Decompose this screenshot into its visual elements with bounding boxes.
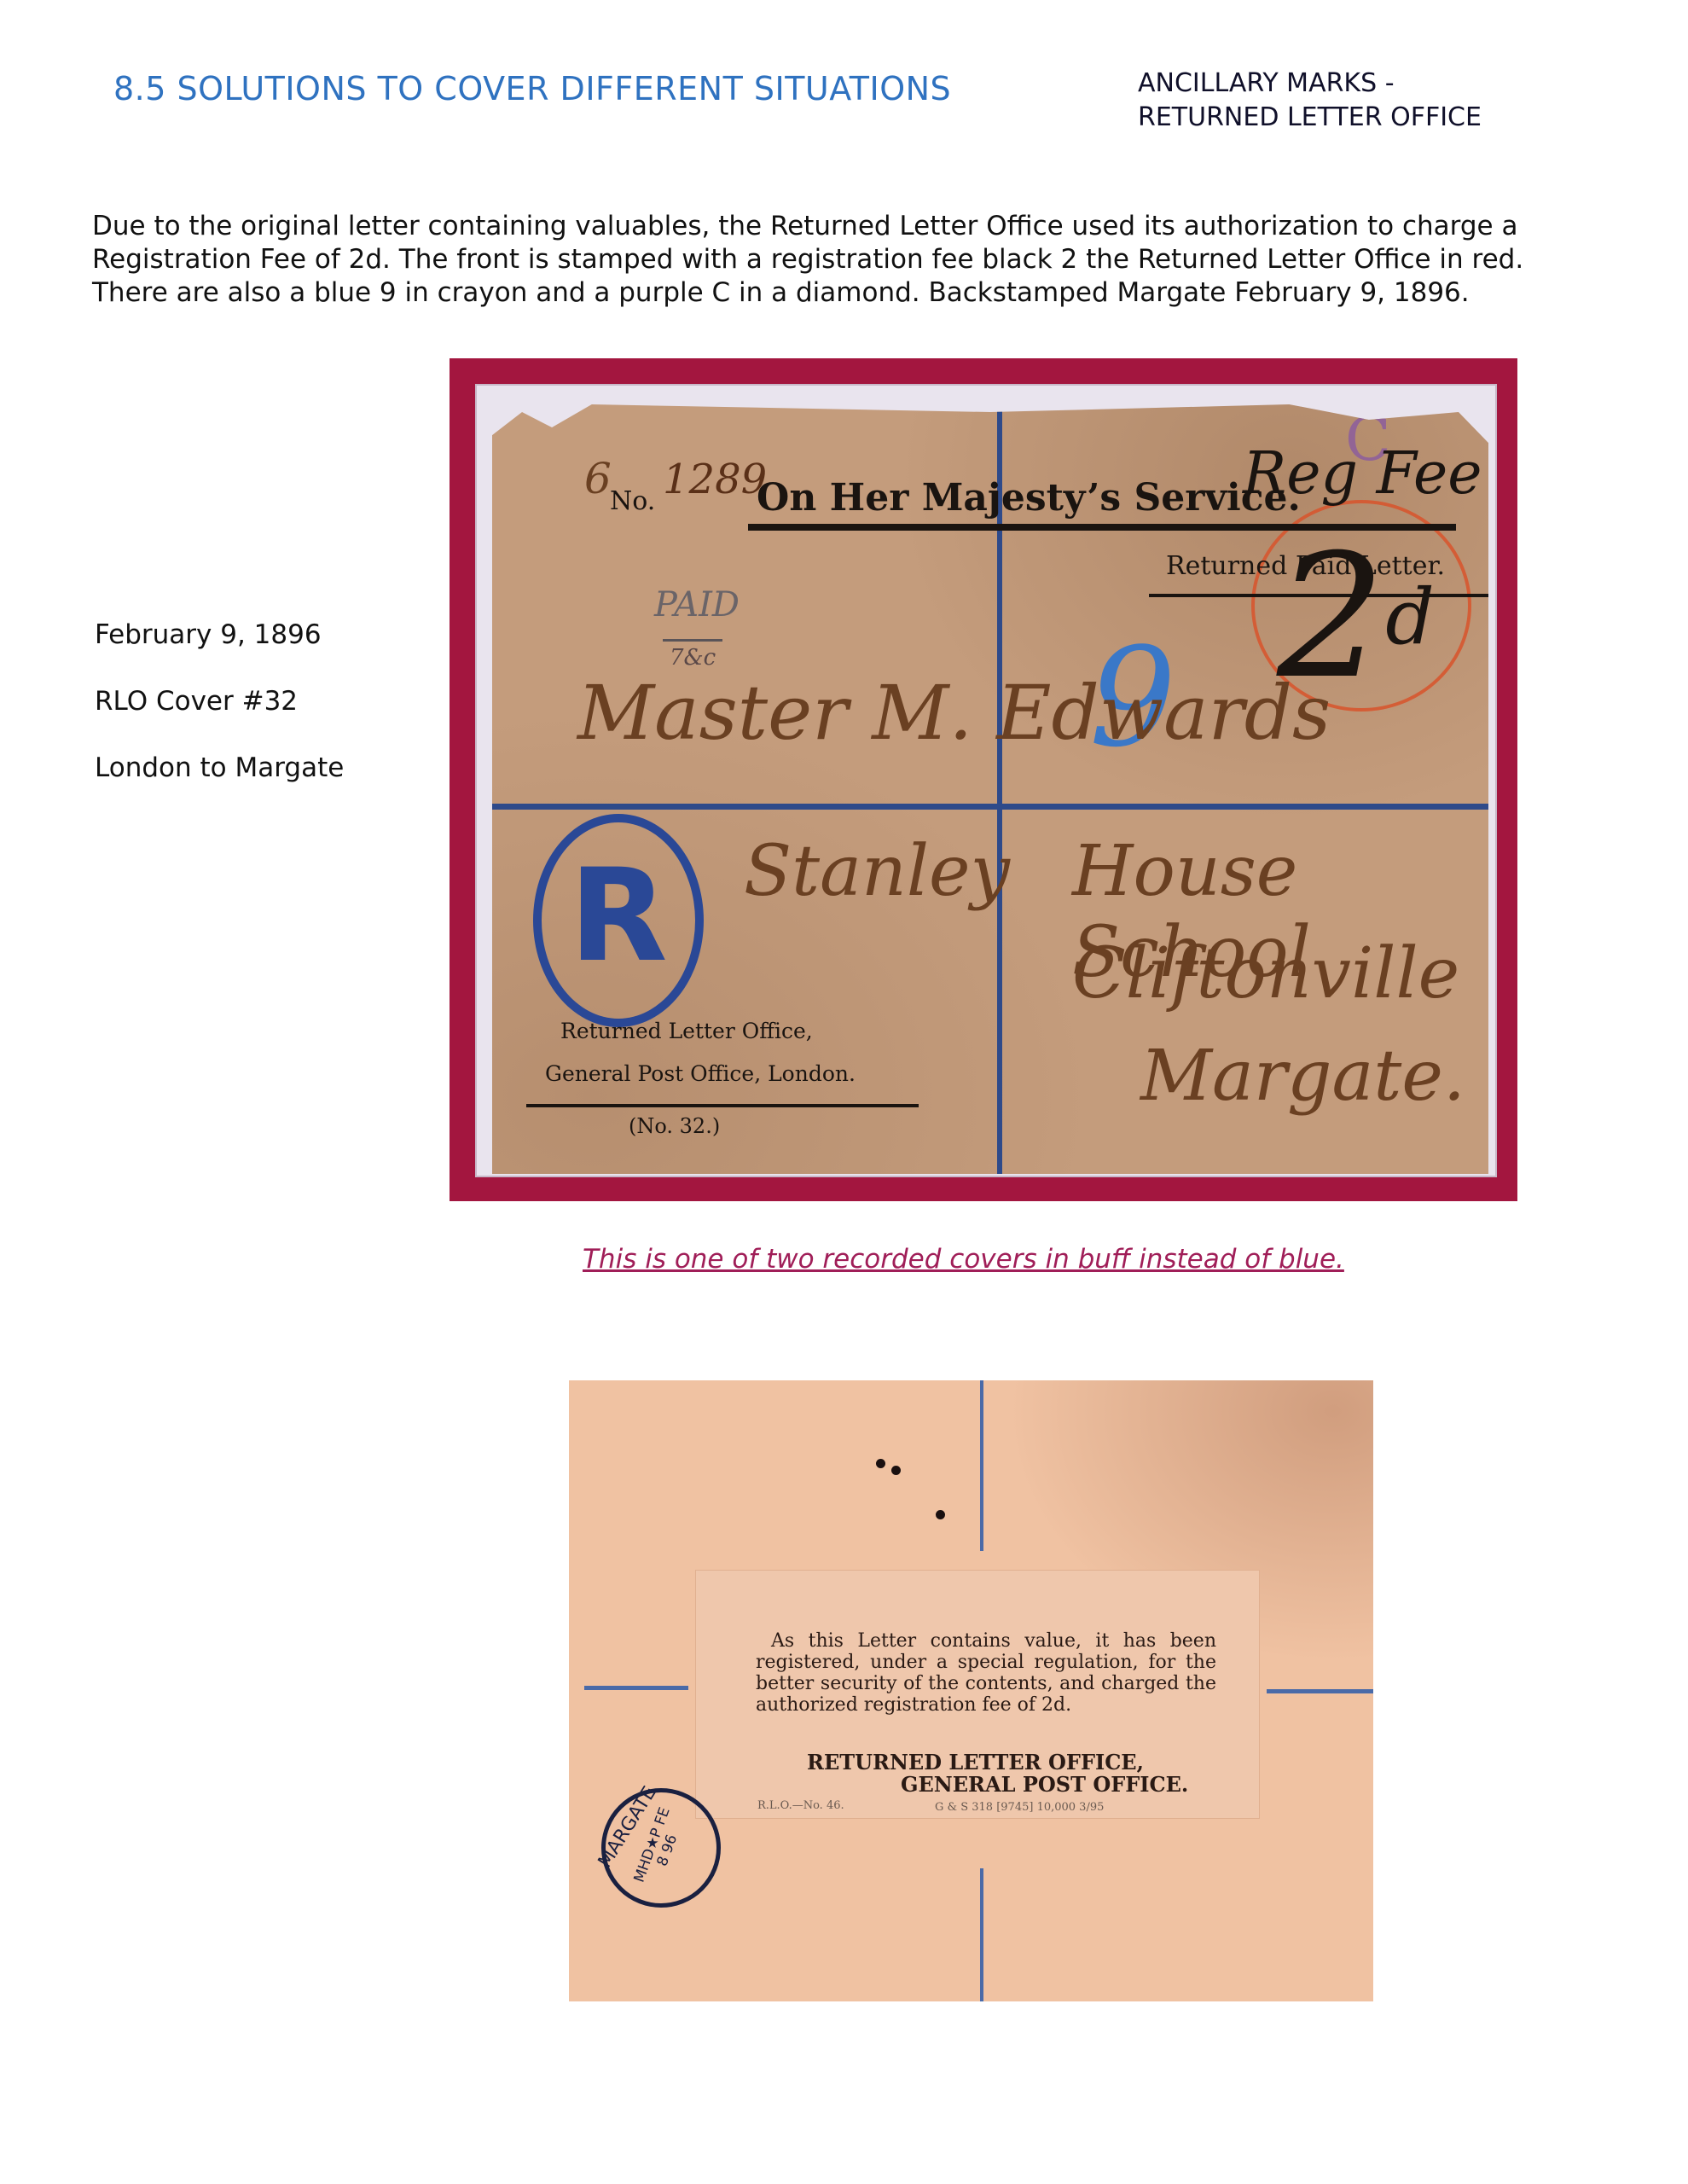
label-form-number: R.L.O.—No. 46. [757, 1799, 844, 1812]
reg-fee-handstamp: Reg Fee [1243, 440, 1482, 508]
pin-hole [876, 1459, 885, 1468]
back-cover-image: As this Letter contains value, it has be… [569, 1380, 1373, 2001]
front-cover-image: C 6 No. 1289 On Her Majesty’s Service. R… [492, 404, 1488, 1174]
printed-rlo-number: (No. 32.) [629, 1114, 720, 1138]
section-tag: ANCILLARY MARKS - RETURNED LETTER OFFICE [1138, 67, 1482, 135]
paid-sub-note: 7&c [670, 645, 716, 671]
cover-details: February 9, 1896 RLO Cover #32 London to… [95, 619, 344, 819]
front-cover-frame: C 6 No. 1289 On Her Majesty’s Service. R… [450, 358, 1517, 1201]
registration-line-horizontal [492, 804, 1488, 810]
address-line-4: Margate. [1140, 1036, 1465, 1117]
pin-hole [936, 1510, 945, 1519]
printed-rlo-line1: Returned Letter Office, [560, 1019, 813, 1043]
label-text: As this Letter contains value, it has be… [756, 1630, 1216, 1716]
handwritten-six: 6 [584, 454, 612, 503]
ohms-heading: On Her Majesty’s Service. [757, 476, 1301, 520]
paid-rule [663, 639, 722, 642]
label-office-line2: GENERAL POST OFFICE. [901, 1772, 1188, 1797]
cover-number: RLO Cover #32 [95, 686, 344, 752]
back-line-bottom [980, 1868, 983, 2001]
no-label: No. [610, 486, 655, 516]
handwritten-number: 1289 [663, 456, 767, 503]
paid-pencil-note: PAID [654, 585, 740, 624]
cover-route: London to Margate [95, 752, 344, 819]
caption-note: This is one of two recorded covers in bu… [583, 1244, 1344, 1275]
margate-postmark: MARGATE MHD★P FE 8 96 [601, 1788, 721, 1908]
cover-date: February 9, 1896 [95, 619, 344, 686]
page-title: 8.5 SOLUTIONS TO COVER DIFFERENT SITUATI… [113, 70, 951, 107]
intro-paragraph: Due to the original letter containing va… [92, 210, 1568, 310]
pin-hole [891, 1466, 901, 1475]
address-line-3: Cliftonville [1072, 933, 1459, 1014]
photo-mount: C 6 No. 1289 On Her Majesty’s Service. R… [475, 384, 1497, 1177]
back-line-left [584, 1686, 688, 1690]
rlo-registration-label: As this Letter contains value, it has be… [695, 1570, 1260, 1819]
printed-rlo-line2: General Post Office, London. [545, 1061, 856, 1086]
back-line-right [1267, 1689, 1373, 1693]
address-line-1: Stanley [744, 831, 1010, 912]
fee-unit: d [1385, 572, 1435, 662]
label-printer-code: G & S 318 [9745] 10,000 3/95 [935, 1801, 1104, 1814]
printed-rule [526, 1104, 919, 1107]
back-line-top [980, 1380, 983, 1551]
section-tag-line1: ANCILLARY MARKS - [1138, 67, 1482, 101]
address-name: Master M. Edwards [577, 669, 1331, 757]
label-office-line1: RETURNED LETTER OFFICE, [807, 1750, 1144, 1774]
registered-r-letter: R [542, 848, 695, 985]
section-tag-line2: RETURNED LETTER OFFICE [1138, 101, 1482, 135]
registered-r-oval-icon: R [533, 814, 704, 1027]
registration-line-vertical [997, 404, 1002, 1174]
